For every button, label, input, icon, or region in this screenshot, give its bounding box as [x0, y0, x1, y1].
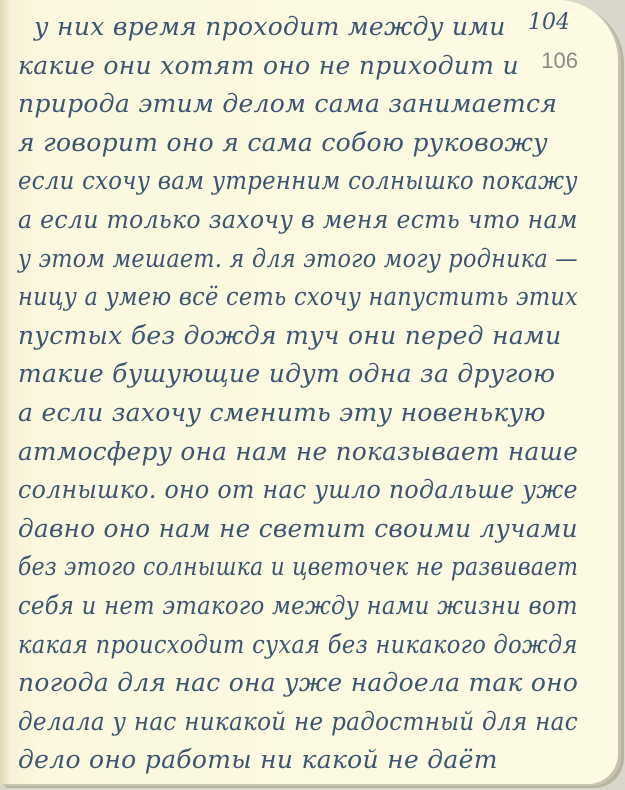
page-number-ink: 104 [528, 10, 570, 35]
handwritten-line: солнышко. оно от нас ушло подальше уже [18, 475, 578, 504]
handwritten-line: природа этим делом сама занимается [18, 89, 557, 118]
handwritten-line: у них время проходит между ими [34, 12, 506, 41]
handwritten-line: у этом мешает. я для этого могу родника … [18, 244, 578, 273]
handwritten-line: атмосферу она нам не показывает наше [18, 437, 578, 466]
handwritten-line: ницу а умею всё сеть схочу напустить эти… [18, 282, 578, 311]
handwritten-line: а если только захочу в меня есть что нам [18, 205, 578, 234]
handwritten-line: без этого солнышка и цветочек не развива… [18, 552, 578, 581]
handwritten-line: а если захочу сменить эту новенькую [18, 398, 546, 427]
handwritten-line: какие они хотят оно не приходит и [18, 51, 519, 80]
handwritten-line: пустых без дождя туч они перед нами [18, 321, 561, 350]
notebook-page: 104 106 у них время проходит между имика… [0, 0, 618, 784]
handwritten-line: делала у нас никакой не радостный для на… [18, 707, 578, 736]
handwritten-line: себя и нет этакого между нами жизни вот [18, 591, 578, 620]
handwritten-line: если схочу вам утренним солнышко покажу [18, 166, 578, 195]
handwritten-line: погода для нас она уже надоела так оно [18, 668, 578, 697]
handwritten-line: какая происходит сухая без никакого дожд… [18, 630, 578, 659]
handwritten-line: давно оно нам не светит своими лучами [18, 514, 578, 543]
handwritten-line: я говорит оно я сама собою руковожу [18, 128, 548, 157]
handwritten-line: такие бушующие идут одна за другою [18, 359, 555, 388]
handwritten-line: дело оно работы ни какой не даёт [18, 745, 498, 774]
page-number-pencil: 106 [541, 48, 578, 74]
